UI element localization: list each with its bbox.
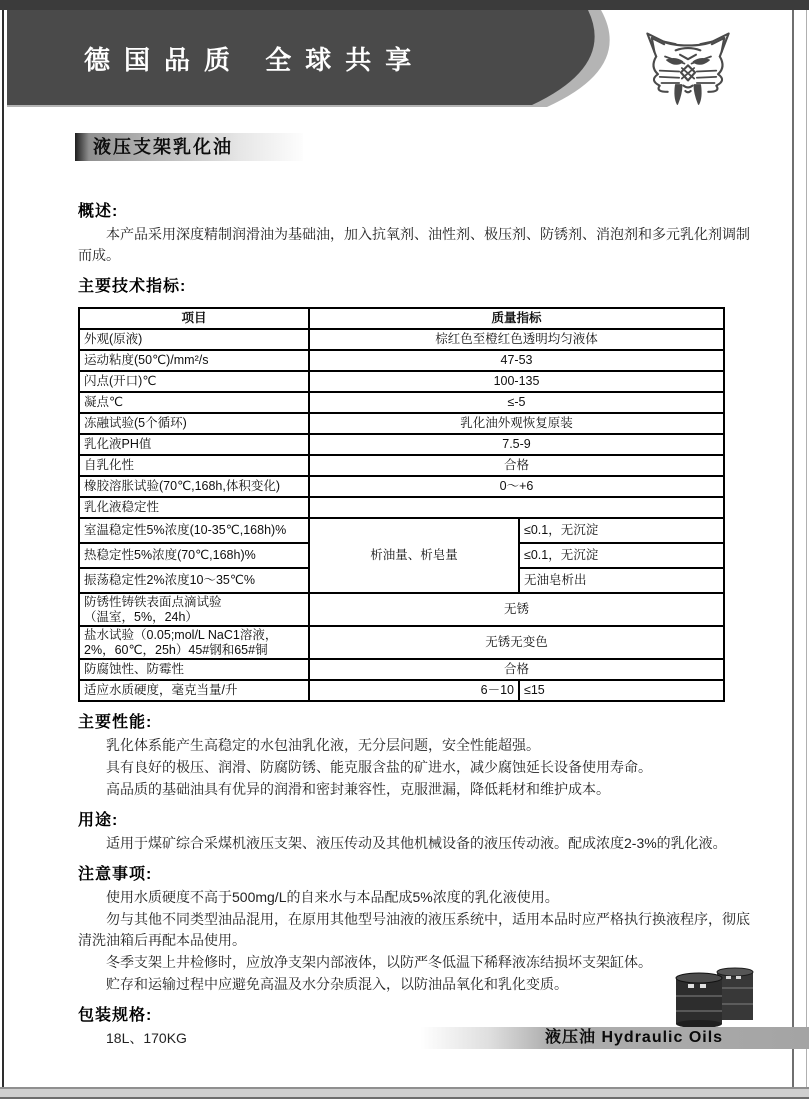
category-label-cn: 液压油	[545, 1029, 596, 1046]
row-value	[309, 497, 724, 518]
table-row-corrosion: 防腐蚀性、防霉性 合格	[79, 659, 724, 680]
spec-table: 项目 质量指标 外观(原液) 棕红色至橙红色透明均匀液体 运动粘度(50℃)/m…	[78, 307, 725, 702]
row-value: 合格	[309, 455, 724, 476]
page-footer-band	[0, 1087, 809, 1099]
page-border-left	[2, 10, 4, 1087]
row-value: 0～+6	[309, 476, 724, 497]
category-footer-label: 液压油 Hydraulic Oils	[545, 1027, 723, 1049]
table-row: 橡胶溶胀试验(70℃,168h,体积变化) 0～+6	[79, 476, 724, 497]
table-row: 外观(原液) 棕红色至橙红色透明均匀液体	[79, 329, 724, 350]
notes-item: 勿与其他不同类型油品混用，在原用其他型号油液的液压系统中，适用本品时应严格执行换…	[78, 909, 760, 951]
row-value: 无锈无变色	[309, 626, 724, 659]
row-label: 室温稳定性5%浓度(10-35℃,168h)%	[79, 518, 309, 543]
row-value-mid: 6－10	[309, 680, 519, 701]
row-result: ≤0.1，无沉淀	[519, 543, 724, 568]
datasheet-page: 德国品质 全球共享	[0, 0, 809, 1100]
category-label-en: Hydraulic Oils	[601, 1029, 723, 1046]
table-row: 自乳化性 合格	[79, 455, 724, 476]
oil-drums-image	[668, 966, 760, 1028]
notes-item: 贮存和运输过程中应避免高温及水分杂质混入，以防油品氧化和乳化变质。	[78, 974, 760, 995]
row-label-line1: 盐水试验（0.05;mol/L NaC1溶液，	[84, 628, 304, 643]
packaging-heading: 包装规格:	[78, 1002, 760, 1025]
overview-heading: 概述:	[78, 198, 760, 221]
header-slogan: 德国品质 全球共享	[84, 40, 425, 77]
performance-heading: 主要性能:	[78, 709, 760, 732]
row-label: 闪点(开口)℃	[79, 371, 309, 392]
product-title-bar: 液压支架乳化油	[75, 133, 303, 161]
page-border-right	[792, 10, 794, 1087]
row-label: 凝点℃	[79, 392, 309, 413]
row-value: 棕红色至橙红色透明均匀液体	[309, 329, 724, 350]
row-label-line1: 防锈性铸铁表面点滴试验	[84, 595, 304, 610]
row-value: ≤-5	[309, 392, 724, 413]
usage-heading: 用途:	[78, 807, 760, 830]
row-label-line2: （温室，5%，24h）	[84, 610, 304, 625]
usage-paragraph: 适用于煤矿综合采煤机液压支架、液压传动及其他机械设备的液压传动液。配成浓度2-3…	[78, 833, 760, 854]
row-label: 运动粘度(50℃)/mm²/s	[79, 350, 309, 371]
row-label: 防腐蚀性、防霉性	[79, 659, 309, 680]
row-label: 乳化液PH值	[79, 434, 309, 455]
row-label: 乳化液稳定性	[79, 497, 309, 518]
row-value: 7.5-9	[309, 434, 724, 455]
row-result: ≤0.1，无沉淀	[519, 518, 724, 543]
col-header-spec: 质量指标	[309, 308, 724, 329]
table-row-stability: 室温稳定性5%浓度(10-35℃,168h)% 析油量、析皂量 ≤0.1，无沉淀	[79, 518, 724, 543]
row-label: 防锈性铸铁表面点滴试验 （温室，5%，24h）	[79, 593, 309, 626]
row-label: 热稳定性5%浓度(70℃,168h)%	[79, 543, 309, 568]
row-label: 自乳化性	[79, 455, 309, 476]
table-row: 凝点℃ ≤-5	[79, 392, 724, 413]
row-value: 合格	[309, 659, 724, 680]
row-label: 振荡稳定性2%浓度10～35℃%	[79, 568, 309, 593]
notes-heading: 注意事项:	[78, 861, 760, 884]
category-footer-bar: 液压油 Hydraulic Oils	[420, 1027, 809, 1049]
table-header-row: 项目 质量指标	[79, 308, 724, 329]
row-label: 外观(原液)	[79, 329, 309, 350]
table-row: 乳化液稳定性	[79, 497, 724, 518]
row-label: 适应水质硬度，毫克当量/升	[79, 680, 309, 701]
overview-paragraph: 本产品采用深度精制润滑油为基础油，加入抗氧剂、油性剂、极压剂、防锈剂、消泡剂和多…	[78, 224, 760, 266]
notes-item: 冬季支架上井检修时，应放净支架内部液体，以防严冬低温下稀释液冻结损坏支架缸体。	[78, 952, 760, 973]
performance-item: 具有良好的极压、润滑、防腐防锈、能克服含盐的矿进水，减少腐蚀延长设备使用寿命。	[78, 757, 760, 778]
row-value-right: ≤15	[519, 680, 724, 701]
col-header-item: 项目	[79, 308, 309, 329]
table-row: 闪点(开口)℃ 100-135	[79, 371, 724, 392]
notes-item: 使用水质硬度不高于500mg/L的自来水与本品配成5%浓度的乳化液使用。	[78, 887, 760, 908]
row-label-line2: 2%，60℃，25h）45#钢和65#铜	[84, 643, 304, 658]
table-row: 运动粘度(50℃)/mm²/s 47-53	[79, 350, 724, 371]
table-row-rust: 防锈性铸铁表面点滴试验 （温室，5%，24h） 无锈	[79, 593, 724, 626]
table-row: 冻融试验(5个循环) 乳化油外观恢复原装	[79, 413, 724, 434]
row-label: 盐水试验（0.05;mol/L NaC1溶液， 2%，60℃，25h）45#钢和…	[79, 626, 309, 659]
row-value: 乳化油外观恢复原装	[309, 413, 724, 434]
lynx-head-icon	[642, 30, 734, 106]
table-row-hardness: 适应水质硬度，毫克当量/升 6－10 ≤15	[79, 680, 724, 701]
row-value: 47-53	[309, 350, 724, 371]
table-row-salt: 盐水试验（0.05;mol/L NaC1溶液， 2%，60℃，25h）45#钢和…	[79, 626, 724, 659]
page-edge-line	[806, 10, 807, 1087]
row-value: 100-135	[309, 371, 724, 392]
performance-item: 高品质的基础油具有优异的润滑和密封兼容性，克服泄漏，降低耗材和维护成本。	[78, 779, 760, 800]
row-label: 冻融试验(5个循环)	[79, 413, 309, 434]
row-result: 无油皂析出	[519, 568, 724, 593]
row-value: 无锈	[309, 593, 724, 626]
row-label: 橡胶溶胀试验(70℃,168h,体积变化)	[79, 476, 309, 497]
tech-heading: 主要技术指标:	[78, 273, 760, 296]
stability-merged-cell: 析油量、析皂量	[309, 518, 519, 593]
content-area: 概述: 本产品采用深度精制润滑油为基础油，加入抗氧剂、油性剂、极压剂、防锈剂、消…	[78, 194, 760, 1050]
performance-item: 乳化体系能产生高稳定的水包油乳化液，无分层问题，安全性能超强。	[78, 735, 760, 756]
table-row: 乳化液PH值 7.5-9	[79, 434, 724, 455]
